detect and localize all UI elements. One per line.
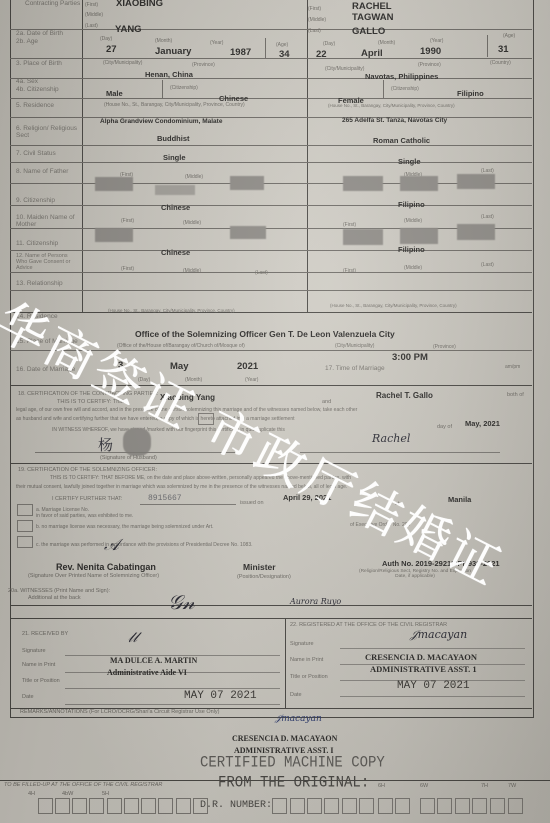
dr-number-box	[55, 798, 70, 814]
husband-civil-status: Single	[163, 153, 186, 162]
cert-officer-heading: 19. CERTIFICATION OF THE SOLEMNIZING OFF…	[18, 467, 157, 473]
wife-signature: Rachel	[372, 432, 410, 445]
dr-number-box	[342, 798, 357, 814]
label-citizenship-9: 9. Citizenship	[16, 197, 55, 204]
dr-number-box	[72, 798, 87, 814]
wife-dob-month: April	[361, 48, 383, 59]
dr-number-box	[324, 798, 339, 814]
dr-number-box	[437, 798, 452, 814]
wife-civil-status: Single	[398, 157, 421, 166]
redacted-wife-mother-last	[457, 224, 495, 240]
dr-number-box	[395, 798, 410, 814]
husband-age: 34	[279, 49, 290, 60]
dr-number-box	[490, 798, 505, 814]
received-by-signature: 𝓁𝓁	[128, 630, 137, 646]
label-time-of-marriage: 17. Time of Marriage	[325, 365, 385, 372]
cert-name: CRESENCIA D. MACAYAON	[232, 734, 337, 743]
husband-religion: Buddhist	[157, 134, 190, 143]
wife-age: 31	[498, 44, 509, 55]
dr-number-box	[378, 798, 393, 814]
dr-number-box	[89, 798, 104, 814]
label-age: 2b. Age	[16, 38, 38, 45]
label-received-by: 21. RECEIVED BY	[22, 631, 68, 637]
label-place-of-birth: 3. Place of Birth	[16, 60, 62, 67]
redacted-wife-father-middle	[400, 176, 438, 191]
label-sig-husband: (Signature of Husband)	[100, 455, 157, 461]
wife-mother-citizenship: Filipino	[398, 245, 425, 254]
dr-number-box	[290, 798, 305, 814]
dr-number-box	[359, 798, 374, 814]
redacted-mother-first	[95, 228, 133, 242]
label-mother: 10. Maiden Name of Mother	[16, 214, 78, 228]
wife-last-name: GALLO	[352, 26, 385, 37]
pd1083-checkbox	[17, 536, 33, 548]
party-divider	[307, 0, 308, 312]
label-contracting-parties: Contracting Parties	[25, 0, 80, 7]
label-father: 8. Name of Father	[16, 168, 76, 175]
husband-place-of-birth: Henan, China	[145, 70, 193, 79]
dr-number-box	[38, 798, 53, 814]
officer-position: Minister	[243, 562, 276, 572]
marriage-year: 2021	[237, 361, 258, 372]
wife-middle-name: TAGWAN	[352, 12, 394, 23]
husband-residence: Alpha Grandview Condominium, Malate	[100, 118, 222, 125]
dr-number-box	[124, 798, 139, 814]
wife-religion: Roman Catholic	[373, 136, 430, 145]
place-of-marriage: Office of the Solemnizing Officer Gen T.…	[135, 329, 395, 339]
husband-father-citizenship: Chinese	[161, 203, 190, 212]
dr-number-box	[472, 798, 487, 814]
dr-number-box	[455, 798, 470, 814]
wife-father-citizenship: Filipino	[398, 200, 425, 209]
dr-number-box	[420, 798, 435, 814]
license-checkbox	[17, 504, 33, 516]
dr-number-box	[508, 798, 523, 814]
wife-dob-day: 22	[316, 49, 327, 60]
received-by-name: MA DULCE A. MARTIN	[110, 656, 197, 665]
label-witnesses: 20a. WITNESSES (Print Name and Sign):	[8, 588, 110, 594]
husband-dob-day: 27	[106, 44, 117, 55]
officer-name: Rev. Nenita Cabatingan	[56, 562, 156, 572]
certified-stamp-line2: FROM THE ORIGINAL:	[218, 774, 369, 792]
wife-citizenship: Filipino	[457, 89, 484, 98]
dr-number-box	[193, 798, 208, 814]
received-by-title: Administrative Aide VI	[107, 668, 187, 677]
label-residence: 5. Residence	[16, 102, 54, 109]
certified-stamp-line1: CERTIFIED MACHINE COPY	[200, 754, 385, 772]
wife-full-name: Rachel T. Gallo	[376, 391, 433, 400]
husband-dob-year: 1987	[230, 47, 251, 58]
registered-name: CRESENCIA D. MACAYAON	[365, 652, 477, 662]
label-consent: 12. Name of Persons Who Gave Consent or …	[16, 253, 78, 271]
cert-signature: 𝒥macayan	[275, 714, 322, 724]
witness1-signature: 𝒢𝓃	[168, 590, 195, 614]
received-by-date: MAY 07 2021	[184, 690, 257, 702]
dr-number-box	[158, 798, 173, 814]
husband-last-name: YANG	[115, 24, 142, 35]
label-date-of-birth: 2a. Date of Birth	[16, 30, 63, 37]
label-religion: 6. Religion/ Religious Sect	[16, 125, 78, 139]
redacted-mother-last	[230, 226, 266, 239]
dr-number-box	[176, 798, 191, 814]
label-citizenship-11: 11. Citizenship	[16, 240, 58, 247]
wife-residence: 265 Adelfa St. Tanza, Navotas City	[342, 117, 447, 124]
witness2-signature: Aurora Ruyo	[290, 597, 341, 606]
husband-first-name: XIAOBING	[116, 0, 163, 9]
dr-number-box	[307, 798, 322, 814]
dr-number-label: D.R. NUMBER:	[200, 800, 272, 811]
label-sig-officer: (Signature Over Printed Name of Solemniz…	[28, 573, 159, 579]
label-remarks: REMARKS/ANNOTATIONS (For LCRO/OCRG/Shari…	[20, 709, 220, 715]
marriage-month-year: May, 2021	[465, 419, 500, 428]
wife-dob-year: 1990	[420, 46, 441, 57]
redacted-wife-mother-first	[343, 229, 383, 245]
registered-title: ADMINISTRATIVE ASST. 1	[370, 664, 477, 674]
registered-date: MAY 07 2021	[397, 680, 470, 692]
registered-signature: 𝒥macayan	[410, 628, 467, 642]
redacted-wife-father-first	[343, 176, 383, 191]
no-license-checkbox	[17, 520, 33, 532]
marriage-certificate: Contracting Parties 2a. Date of Birth 2b…	[0, 0, 550, 823]
officer-signature: 𝒜	[104, 535, 119, 555]
dr-number-box	[141, 798, 156, 814]
husband-sex: Male	[106, 89, 123, 98]
label-civil-status: 7. Civil Status	[16, 150, 56, 157]
label-sex: 4a. Sex	[16, 78, 38, 85]
dr-number-box	[272, 798, 287, 814]
wife-first-name: RACHEL	[352, 1, 392, 12]
redacted-father-middle	[155, 185, 195, 195]
redacted-father-last	[230, 176, 264, 190]
label-column-divider	[82, 0, 83, 312]
redacted-wife-father-last	[457, 174, 495, 189]
redacted-wife-mother-middle	[400, 228, 438, 244]
husband-mother-citizenship: Chinese	[161, 248, 190, 257]
label-filled-up: TO BE FILLED-UP AT THE OFFICE OF THE CIV…	[4, 782, 162, 788]
license-number: 8915667	[148, 494, 182, 503]
time-of-marriage: 3:00 PM	[392, 352, 428, 363]
label-citizenship: 4b. Citizenship	[16, 86, 59, 93]
husband-dob-month: January	[155, 46, 191, 57]
wife-place-of-birth: Navotas, Philippines	[365, 72, 438, 81]
dr-number-box	[107, 798, 122, 814]
redacted-father-first	[95, 177, 133, 191]
